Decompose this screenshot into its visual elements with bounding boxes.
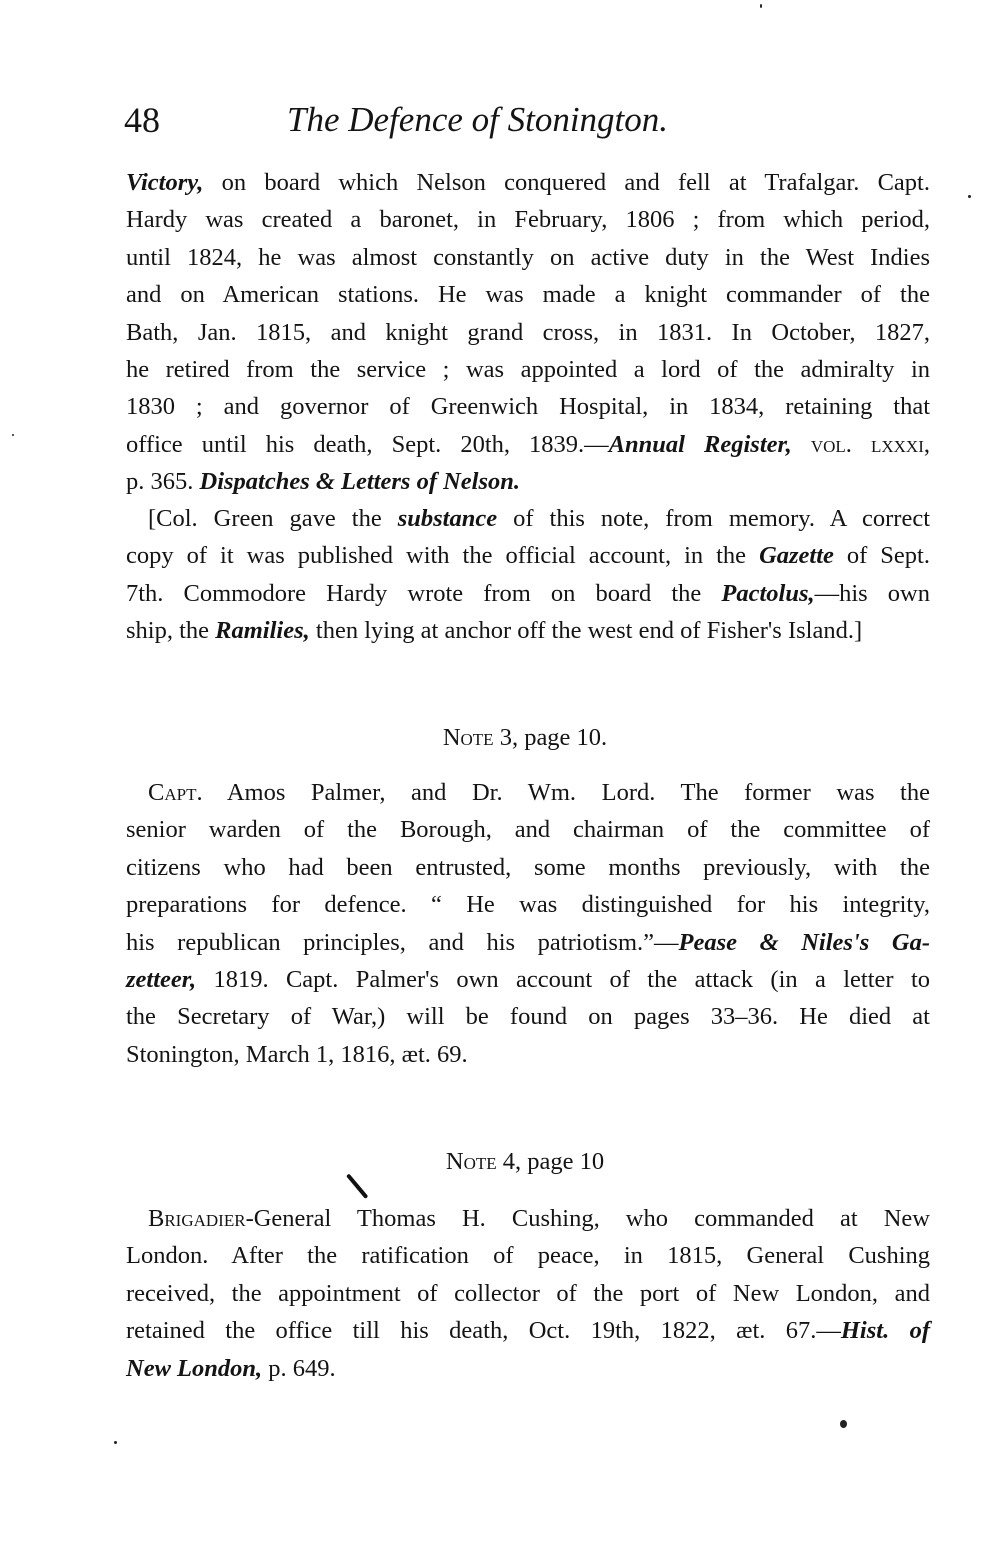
note-3-heading: Note 3, page 10. [0, 720, 1000, 756]
page-number: 48 [124, 96, 160, 144]
text-line: [Col. Green gave the substance of this n… [126, 500, 930, 537]
text-line: received, the appointment of collector o… [126, 1275, 930, 1312]
text-line: and on American stations. He was made a … [126, 276, 930, 313]
text-line: Stonington, March 1, 1816, æt. 69. [126, 1036, 930, 1073]
text-line: p. 365. Dispatches & Letters of Nelson. [126, 463, 930, 500]
scan-speck [760, 4, 762, 8]
text-line: copy of it was published with the offici… [126, 537, 930, 574]
note-4-body: Brigadier-General Thomas H. Cushing, who… [126, 1200, 930, 1387]
book-page: 48 The Defence of Stonington. Victory, o… [0, 0, 1000, 1552]
note-4-heading: Note 4, page 10 [0, 1144, 1000, 1180]
text-line: his republican principles, and his patri… [126, 924, 930, 961]
editor-note: [Col. Green gave the substance of this n… [126, 500, 930, 650]
running-title: The Defence of Stonington. [287, 96, 668, 144]
text-line: retained the office till his death, Oct.… [126, 1312, 930, 1349]
text-line: zetteer, 1819. Capt. Palmer's own accoun… [126, 961, 930, 998]
text-line: the Secretary of War,) will be found on … [126, 998, 930, 1035]
scan-speck [840, 1420, 847, 1428]
text-line: ship, the Ramilies, then lying at anchor… [126, 612, 930, 649]
scan-speck [114, 1441, 117, 1444]
text-line: New London, p. 649. [126, 1350, 930, 1387]
text-line: Bath, Jan. 1815, and knight grand cross,… [126, 314, 930, 351]
text-line: 7th. Commodore Hardy wrote from on board… [126, 575, 930, 612]
text-line: senior warden of the Borough, and chairm… [126, 811, 930, 848]
note-2-continuation: Victory, on board which Nelson conquered… [126, 164, 930, 501]
text-line: Capt. Amos Palmer, and Dr. Wm. Lord. The… [126, 774, 930, 811]
text-line: office until his death, Sept. 20th, 1839… [126, 426, 930, 463]
text-line: he retired from the service ; was appoin… [126, 351, 930, 388]
text-line: Victory, on board which Nelson conquered… [126, 164, 930, 201]
text-line: citizens who had been entrusted, some mo… [126, 849, 930, 886]
text-line: until 1824, he was almost constantly on … [126, 239, 930, 276]
note-3-body: Capt. Amos Palmer, and Dr. Wm. Lord. The… [126, 774, 930, 1073]
scan-speck [968, 195, 971, 198]
running-head: 48 The Defence of Stonington. [124, 96, 944, 146]
text-line: London. After the ratification of peace,… [126, 1237, 930, 1274]
scan-speck [12, 434, 14, 436]
text-line: Brigadier-General Thomas H. Cushing, who… [126, 1200, 930, 1237]
text-line: Hardy was created a baronet, in February… [126, 201, 930, 238]
text-line: preparations for defence. “ He was disti… [126, 886, 930, 923]
text-line: 1830 ; and governor of Greenwich Hospita… [126, 388, 930, 425]
